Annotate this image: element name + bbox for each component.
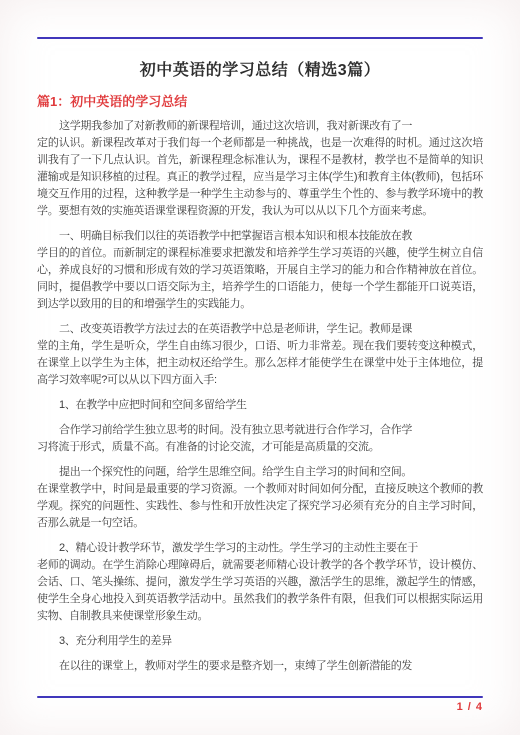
body-paragraph: 提出一个探究性的问题，给学生思维空间。给学生自主学习的时间和空间。 在课堂教学中…: [37, 464, 483, 532]
body-paragraph: 合作学习前给学生独立思考的时间。没有独立思考就进行合作学习，合作学 习将流于形式…: [37, 422, 483, 456]
document-content: 初中英语的学习总结（精选3篇） 篇1：初中英语的学习总结 这学期我参加了对新教师…: [37, 0, 483, 675]
numbered-item-heading: 1、在教学中应把时间和空间多留给学生: [37, 397, 483, 414]
body-paragraph: 二、改变英语教学方法过去的在英语教学中总是老师讲，学生记。教师是课 堂的主角，学…: [37, 321, 483, 389]
body-paragraph: 2、精心设计教学环节，激发学生学习的主动性。学生学习的主动性主要在于 老师的调动…: [37, 540, 483, 625]
body-paragraph: 这学期我参加了对新教师的新课程培训，通过这次培训，我对新课改有了一 定的认识。新…: [37, 118, 483, 220]
body-paragraph: 一、明确目标我们以往的英语教学中把掌握语言根本知识和根本技能放在教 学目的的首位…: [37, 228, 483, 313]
body-paragraph: 在以往的课堂上，教师对学生的要求是整齐划一，束缚了学生创新潜能的发: [37, 658, 483, 675]
section-heading: 篇1：初中英语的学习总结: [37, 94, 483, 110]
document-title: 初中英语的学习总结（精选3篇）: [37, 0, 483, 81]
body-text: 这学期我参加了对新教师的新课程培训，通过这次培训，我对新课改有了一 定的认识。新…: [37, 118, 483, 675]
document-page: 初中英语的学习总结（精选3篇） 篇1：初中英语的学习总结 这学期我参加了对新教师…: [0, 0, 520, 735]
footer-rule: [37, 696, 483, 698]
numbered-item-heading: 3、充分利用学生的差异: [37, 633, 483, 650]
page-number: 1 / 4: [457, 701, 483, 713]
